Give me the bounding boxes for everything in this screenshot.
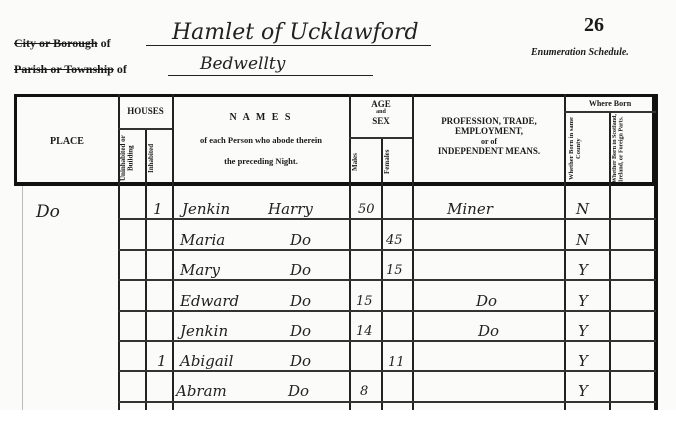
header-names: N A M E S xyxy=(174,112,348,124)
place-value: Do xyxy=(36,202,60,222)
forename: Abigail xyxy=(180,352,233,370)
header-females: Females xyxy=(384,140,411,184)
header-where-born: Where Born xyxy=(566,99,654,108)
page-bottom-margin xyxy=(0,410,676,421)
header-age-sex: AGE and SEX xyxy=(351,99,411,127)
schedule-label: Enumeration Schedule. xyxy=(531,47,629,58)
forename: Edward xyxy=(180,292,239,310)
born-same-county: Y xyxy=(578,322,588,340)
surname: Do xyxy=(288,382,309,400)
born-same-county: Y xyxy=(578,292,588,310)
header-born-same-county: Whether Born in same County xyxy=(568,114,608,184)
forename: Abram xyxy=(176,382,227,400)
born-same-county: N xyxy=(576,231,589,249)
male-age: 14 xyxy=(356,324,373,339)
forename: Jenkin xyxy=(180,322,228,340)
parish-value: Bedwellty xyxy=(168,54,373,76)
header-names-sub2: the preceding Night. xyxy=(174,157,348,167)
surname: Do xyxy=(290,292,311,310)
forename: Mary xyxy=(180,261,220,279)
inhabited-mark: 1 xyxy=(157,352,167,370)
header-inhabited: Inhabited xyxy=(148,132,170,184)
surname: Harry xyxy=(268,200,313,218)
male-age: 8 xyxy=(360,384,368,399)
forename: Jenkin xyxy=(182,200,230,218)
parish-label: Parish or Township of xyxy=(14,62,127,77)
surname: Do xyxy=(290,261,311,279)
male-age: 15 xyxy=(356,294,373,309)
born-same-county: Y xyxy=(578,261,588,279)
profession: Do xyxy=(476,292,497,310)
male-age: 50 xyxy=(358,202,375,217)
header-names-sub1: of each Person who abode therein xyxy=(174,136,348,146)
born-same-county: Y xyxy=(578,382,588,400)
born-same-county: N xyxy=(576,200,589,218)
surname: Do xyxy=(290,322,311,340)
header-profession: PROFESSION, TRADE, EMPLOYMENT, or of IND… xyxy=(414,116,564,156)
forename: Maria xyxy=(180,231,225,249)
female-age: 15 xyxy=(386,263,403,278)
header-born-elsewhere: Whether Born in Scotland, Ireland, or Fo… xyxy=(612,114,653,184)
header-males: Males xyxy=(352,140,380,184)
surname: Do xyxy=(290,352,311,370)
header-place: PLACE xyxy=(17,136,117,148)
surname: Do xyxy=(290,231,311,249)
born-same-county: Y xyxy=(578,352,588,370)
header-houses: HOUSES xyxy=(119,106,172,116)
inhabited-mark: 1 xyxy=(153,200,163,218)
female-age: 11 xyxy=(388,355,405,370)
profession: Do xyxy=(478,322,499,340)
female-age: 45 xyxy=(386,233,403,248)
page-number: 26 xyxy=(584,14,604,37)
city-value: Hamlet of Ucklawford xyxy=(146,20,431,46)
profession: Miner xyxy=(447,200,493,218)
city-label: City or Borough of xyxy=(14,36,111,51)
header-uninhabited: Uninhabited or Building xyxy=(120,132,144,184)
